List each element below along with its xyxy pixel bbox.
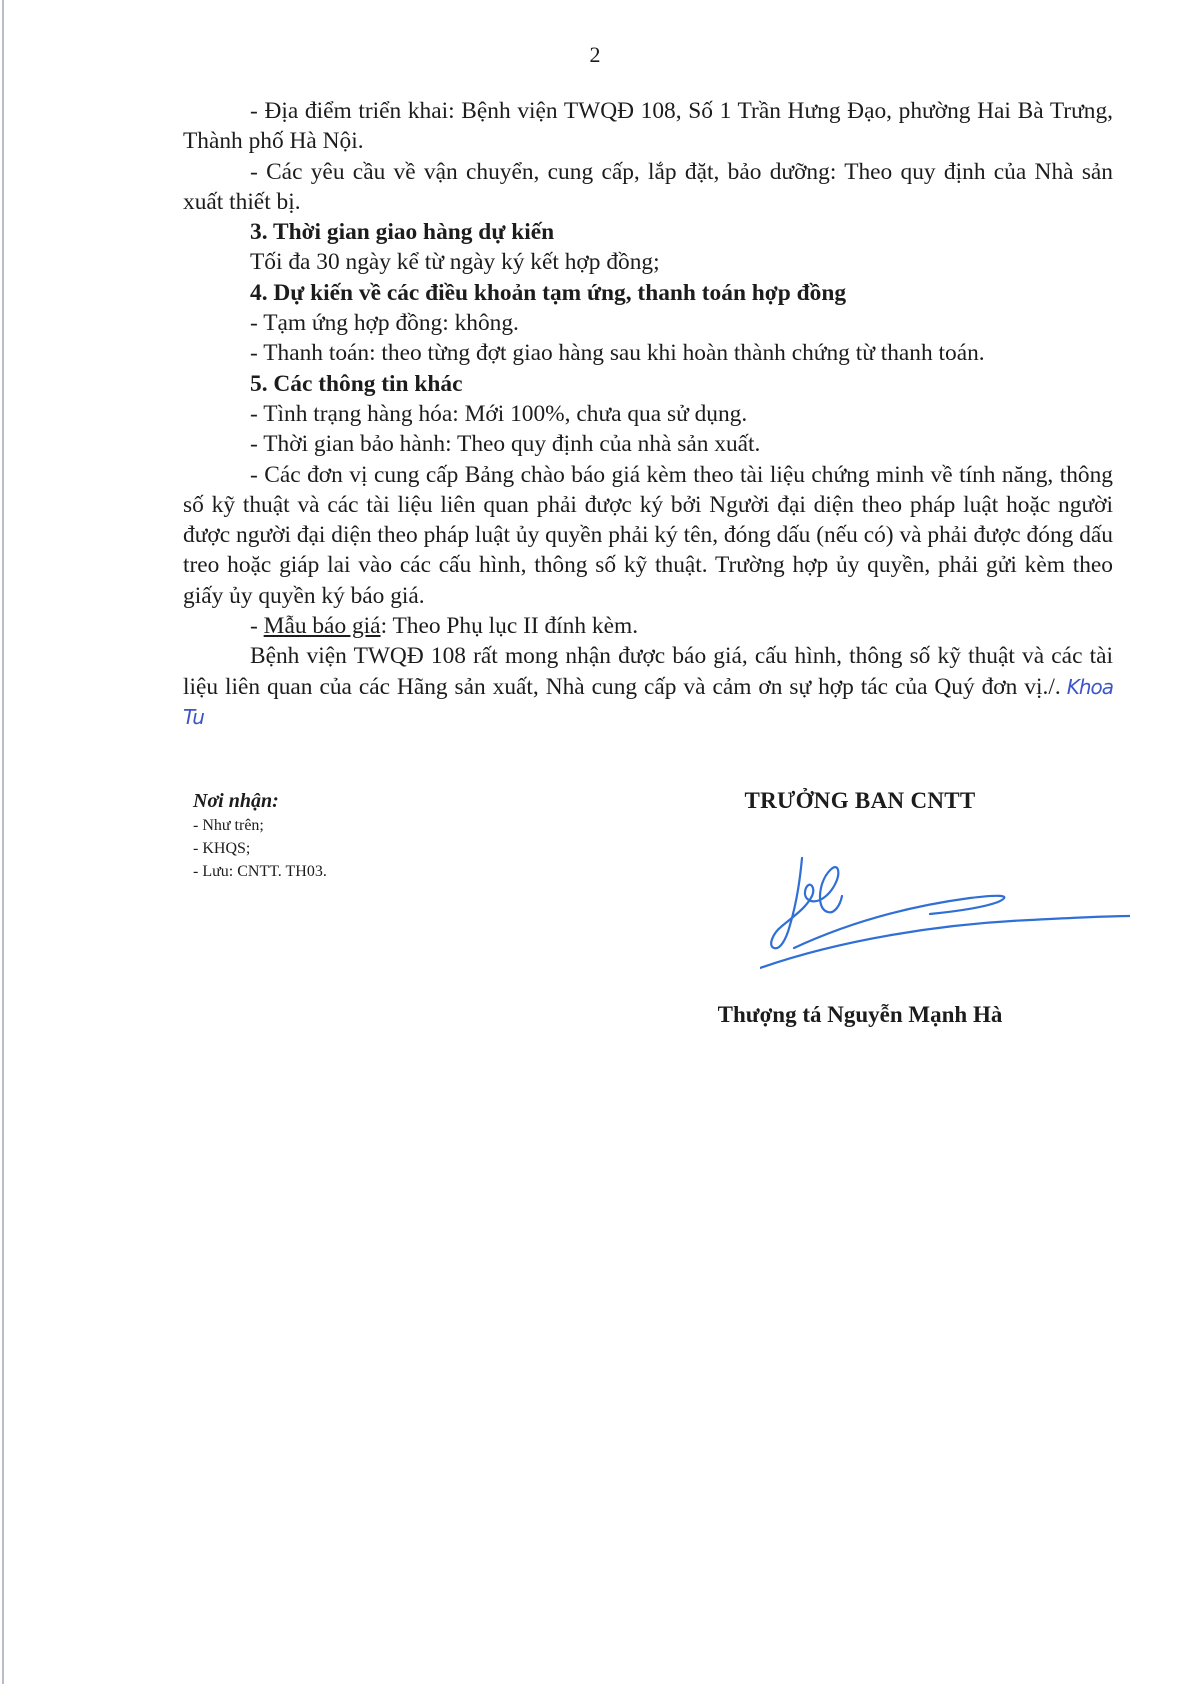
goods-condition-item: - Tình trạng hàng hóa: Mới 100%, chưa qu… bbox=[183, 399, 1113, 429]
signer-title: TRƯỞNG BAN CNTT bbox=[690, 788, 1030, 814]
quote-template-label: Mẫu báo giá bbox=[264, 613, 381, 639]
payment-item: - Thanh toán: theo từng đợt giao hàng sa… bbox=[183, 338, 1113, 368]
recipient-item: - Như trên; bbox=[193, 814, 593, 837]
section-3-text: Tối đa 30 ngày kể từ ngày ký kết hợp đồn… bbox=[183, 247, 1113, 277]
closing-paragraph: Bệnh viện TWQĐ 108 rất mong nhận được bá… bbox=[183, 641, 1113, 732]
recipients-block: Nơi nhận: - Như trên; - KHQS; - Lưu: CNT… bbox=[193, 788, 593, 883]
quote-template-item: - Mẫu báo giá: Theo Phụ lục II đính kèm. bbox=[183, 611, 1113, 641]
signer-name: Thượng tá Nguyễn Mạnh Hà bbox=[660, 1002, 1060, 1028]
advance-payment-item: - Tạm ứng hợp đồng: không. bbox=[183, 308, 1113, 338]
signature-image bbox=[760, 850, 1130, 970]
warranty-item: - Thời gian bảo hành: Theo quy định của … bbox=[183, 429, 1113, 459]
document-body: - Địa điểm triển khai: Bệnh viện TWQĐ 10… bbox=[183, 96, 1113, 732]
quote-template-text: : Theo Phụ lục II đính kèm. bbox=[381, 613, 638, 639]
section-3-heading: 3. Thời gian giao hàng dự kiến bbox=[183, 217, 1113, 247]
closing-text: Bệnh viện TWQĐ 108 rất mong nhận được bá… bbox=[183, 643, 1113, 699]
requirements-paragraph: - Các yêu cầu về vận chuyển, cung cấp, l… bbox=[183, 157, 1113, 218]
section-4-heading: 4. Dự kiến về các điều khoản tạm ứng, th… bbox=[183, 278, 1113, 308]
scan-edge-line bbox=[2, 0, 4, 1684]
recipient-item: - KHQS; bbox=[193, 837, 593, 860]
recipients-title: Nơi nhận: bbox=[193, 788, 593, 814]
location-paragraph: - Địa điểm triển khai: Bệnh viện TWQĐ 10… bbox=[183, 96, 1113, 157]
recipient-item: - Lưu: CNTT. TH03. bbox=[193, 860, 593, 883]
page-number: 2 bbox=[0, 42, 1190, 68]
supplier-requirements-paragraph: - Các đơn vị cung cấp Bảng chào báo giá … bbox=[183, 460, 1113, 611]
quote-template-prefix: - bbox=[250, 613, 264, 639]
section-5-heading: 5. Các thông tin khác bbox=[183, 369, 1113, 399]
